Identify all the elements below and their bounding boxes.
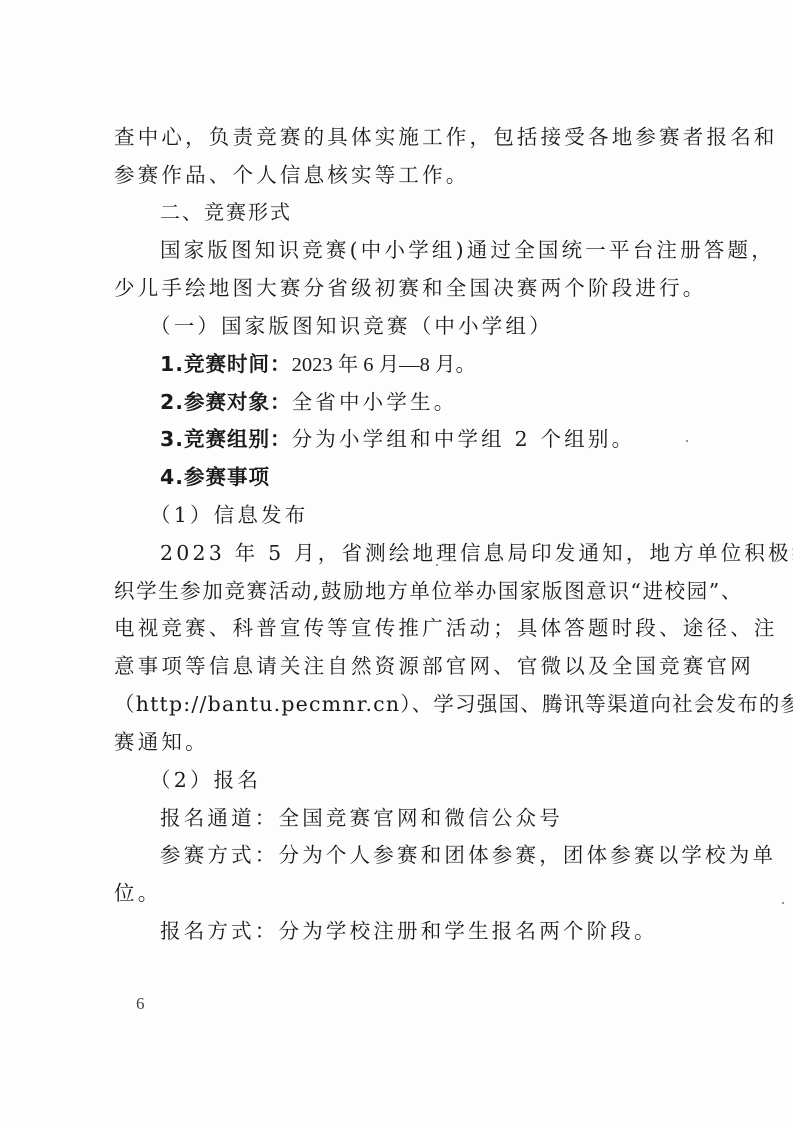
scan-speck: [782, 902, 784, 904]
paragraph-line: 报名方式：分为学校注册和学生报名两个阶段。: [160, 918, 684, 944]
paragraph-line: 意事项等信息请关注自然资源部官网、官微以及全国竞赛官网: [114, 653, 684, 679]
item-value: 2023 年 6 月—8 月。: [292, 354, 477, 376]
item-value: 分为小学组和中学组 2 个组别。: [292, 427, 636, 451]
page-number: 6: [136, 994, 145, 1014]
subsection-title-info: （1）信息发布: [150, 502, 674, 528]
paragraph-line: 国家版图知识竞赛(中小学组)通过全国统一平台注册答题，: [160, 237, 684, 263]
subsection-heading: （一）国家版图知识竞赛（中小学组）: [150, 313, 674, 339]
paragraph-line: 查中心，负责竞赛的具体实施工作，包括接受各地参赛者报名和: [114, 124, 684, 150]
item-label: 4.参赛事项: [160, 465, 270, 489]
paragraph-line: 报名通道：全国竞赛官网和微信公众号: [160, 805, 684, 831]
item-label: 2.参赛对象：: [160, 390, 292, 414]
item-value: 全省中小学生。: [292, 390, 458, 414]
paragraph-line: 织学生参加竞赛活动,鼓励地方单位举办国家版图意识“进校园”、: [114, 578, 684, 604]
paragraph-line: 位。: [114, 880, 684, 906]
section-heading: 二、竞赛形式: [160, 199, 684, 225]
paragraph-line: 赛通知。: [114, 729, 684, 755]
paragraph-line: 参赛方式：分为个人参赛和团体参赛，团体参赛以学校为单: [160, 842, 684, 868]
item-参赛事项: 4.参赛事项: [160, 464, 684, 490]
paragraph-line: 少儿手绘地图大赛分省级初赛和全国决赛两个阶段进行。: [114, 275, 684, 301]
item-参赛对象: 2.参赛对象：全省中小学生。: [160, 389, 684, 415]
scan-speck: [686, 440, 688, 442]
document-page: 查中心，负责竞赛的具体实施工作，包括接受各地参赛者报名和 参赛作品、个人信息核实…: [0, 0, 793, 1122]
subsection-title-register: （2）报名: [150, 767, 674, 793]
paragraph-line: 参赛作品、个人信息核实等工作。: [114, 162, 684, 188]
item-竞赛时间: 1.竞赛时间：2023 年 6 月—8 月。: [160, 351, 684, 378]
item-竞赛组别: 3.竞赛组别：分为小学组和中学组 2 个组别。: [160, 426, 684, 452]
url-line: （http://bantu.pecmnr.cn）、学习强国、腾讯等渠道向社会发布…: [114, 691, 684, 717]
scan-speck: [436, 564, 438, 566]
paragraph-line: 2023 年 5 月，省测绘地理信息局印发通知，地方单位积极组: [160, 540, 684, 566]
item-label: 1.竞赛时间：: [160, 352, 292, 376]
paragraph-line: 电视竞赛、科普宣传等宣传推广活动；具体答题时段、途径、注: [114, 615, 684, 641]
item-label: 3.竞赛组别：: [160, 427, 292, 451]
